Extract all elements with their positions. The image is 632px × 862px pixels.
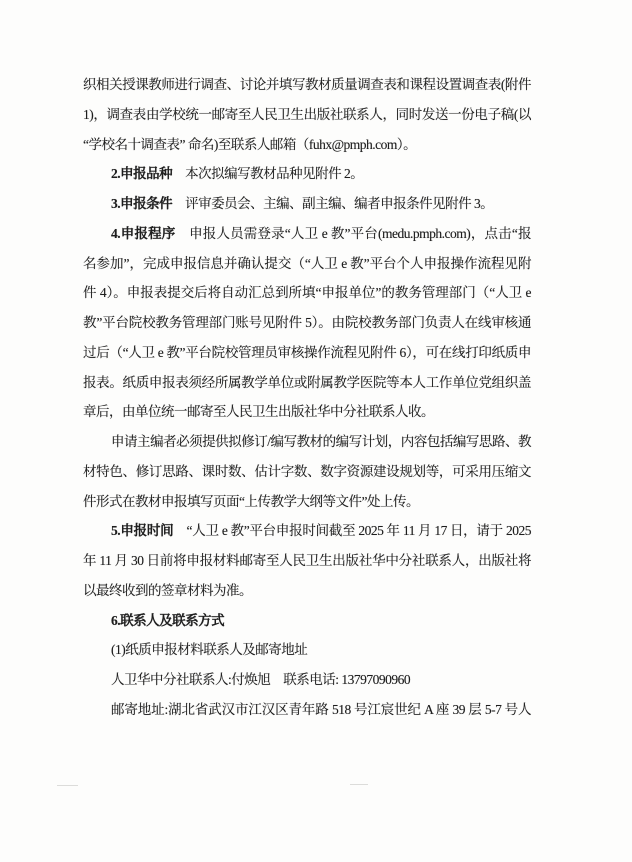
scanned-document-page: 织相关授课教师进行调查、讨论并填写教材质量调查表和课程设置调查表(附件1)，调查… xyxy=(0,0,632,862)
text-segment: 报表。纸质申报表须经所属教学单位或附属教学医院等本人工作单位党组织盖 xyxy=(83,375,531,390)
text-segment: “人卫 e 教”平台申报时间截至 2025 年 11 月 17 日，请于 202… xyxy=(173,523,531,538)
document-line: 过后（“人卫 e 教”平台院校管理员审核操作流程见附件 6），可在线打印纸质申 xyxy=(83,338,531,368)
text-segment: 件 4）。申报表提交后将自动汇总到所填“申报单位”的教务管理部门（“人卫 e xyxy=(83,285,531,300)
document-line: 2.申报品种 本次拟编写教材品种见附件 2。 xyxy=(83,159,531,189)
text-segment: 以最终收到的签章材料为准。 xyxy=(83,583,252,598)
document-line: 4.申报程序 申报人员需登录“人卫 e 教”平台(medu.pmph.com)，… xyxy=(83,219,531,249)
text-segment: 材特色、修订思路、课时数、估计字数、数字资源建设规划等，可采用压缩文 xyxy=(83,464,531,479)
section-heading: 4.申报程序 xyxy=(111,226,175,241)
text-segment: 邮寄地址:湖北省武汉市江汉区青年路 518 号江宸世纪 A 座 39 层 5-7… xyxy=(111,702,531,717)
text-segment: 1)，调查表由学校统一邮寄至人民卫生出版社联系人，同时发送一份电子稿(以 xyxy=(83,107,531,122)
document-line: 报表。纸质申报表须经所属教学单位或附属教学医院等本人工作单位党组织盖 xyxy=(83,368,531,398)
document-line: “学校名十调查表” 命名)至联系人邮箱（fuhx@pmph.com）。 xyxy=(83,130,531,160)
text-segment: 章后，由单位统一邮寄至人民卫生出版社华中分社联系人收。 xyxy=(83,404,434,419)
text-segment: 件形式在教材申报填写页面“上传教学大纲等文件”处上传。 xyxy=(83,494,419,509)
text-segment: 教”平台院校教务管理部门账号见附件 5）。由院校教务部门负责人在线审核通 xyxy=(83,315,531,330)
document-line: (1)纸质申报材料联系人及邮寄地址 xyxy=(83,635,531,665)
section-heading: 6.联系人及联系方式 xyxy=(111,613,224,628)
document-line: 1)，调查表由学校统一邮寄至人民卫生出版社联系人，同时发送一份电子稿(以 xyxy=(83,100,531,130)
document-line: 教”平台院校教务管理部门账号见附件 5）。由院校教务部门负责人在线审核通 xyxy=(83,308,531,338)
document-line: 以最终收到的签章材料为准。 xyxy=(83,576,531,606)
scan-artifact xyxy=(57,785,78,786)
text-segment: 名参加”，完成申报信息并确认提交（“人卫 e 教”平台个人申报操作流程见附 xyxy=(83,256,531,271)
text-segment: “学校名十调查表” 命名)至联系人邮箱（fuhx@pmph.com）。 xyxy=(83,137,416,152)
document-line: 5.申报时间 “人卫 e 教”平台申报时间截至 2025 年 11 月 17 日… xyxy=(83,516,531,546)
scan-artifact xyxy=(350,784,368,785)
document-line: 件形式在教材申报填写页面“上传教学大纲等文件”处上传。 xyxy=(83,487,531,517)
text-segment: 评审委员会、主编、副主编、编者申报条件见附件 3。 xyxy=(172,196,493,211)
document-line: 6.联系人及联系方式 xyxy=(83,606,531,636)
document-line: 邮寄地址:湖北省武汉市江汉区青年路 518 号江宸世纪 A 座 39 层 5-7… xyxy=(83,695,531,725)
text-segment: 人卫华中分社联系人:付焕旭 联系电话: 13797090960 xyxy=(111,672,410,687)
document-line: 章后，由单位统一邮寄至人民卫生出版社华中分社联系人收。 xyxy=(83,397,531,427)
document-body: 织相关授课教师进行调查、讨论并填写教材质量调查表和课程设置调查表(附件1)，调查… xyxy=(83,70,531,725)
text-segment: 过后（“人卫 e 教”平台院校管理员审核操作流程见附件 6），可在线打印纸质申 xyxy=(83,345,531,360)
text-segment: (1)纸质申报材料联系人及邮寄地址 xyxy=(111,642,307,657)
document-line: 年 11 月 30 日前将申报材料邮寄至人民卫生出版社华中分社联系人，出版社将 xyxy=(83,546,531,576)
section-heading: 3.申报条件 xyxy=(111,196,172,211)
section-heading: 5.申报时间 xyxy=(111,523,173,538)
text-segment: 织相关授课教师进行调查、讨论并填写教材质量调查表和课程设置调查表(附件 xyxy=(83,77,531,92)
document-line: 材特色、修订思路、课时数、估计字数、数字资源建设规划等，可采用压缩文 xyxy=(83,457,531,487)
document-line: 人卫华中分社联系人:付焕旭 联系电话: 13797090960 xyxy=(83,665,531,695)
section-heading: 2.申报品种 xyxy=(111,166,172,181)
document-line: 织相关授课教师进行调查、讨论并填写教材质量调查表和课程设置调查表(附件 xyxy=(83,70,531,100)
document-line: 件 4）。申报表提交后将自动汇总到所填“申报单位”的教务管理部门（“人卫 e xyxy=(83,278,531,308)
document-line: 申请主编者必须提供拟修订/编写教材的编写计划，内容包括编写思路、教 xyxy=(83,427,531,457)
text-segment: 年 11 月 30 日前将申报材料邮寄至人民卫生出版社华中分社联系人，出版社将 xyxy=(83,553,531,568)
document-line: 3.申报条件 评审委员会、主编、副主编、编者申报条件见附件 3。 xyxy=(83,189,531,219)
text-segment: 本次拟编写教材品种见附件 2。 xyxy=(172,166,363,181)
text-segment: 申报人员需登录“人卫 e 教”平台(medu.pmph.com)，点击“报 xyxy=(175,226,531,241)
document-line: 名参加”，完成申报信息并确认提交（“人卫 e 教”平台个人申报操作流程见附 xyxy=(83,249,531,279)
text-segment: 申请主编者必须提供拟修订/编写教材的编写计划，内容包括编写思路、教 xyxy=(111,434,531,449)
